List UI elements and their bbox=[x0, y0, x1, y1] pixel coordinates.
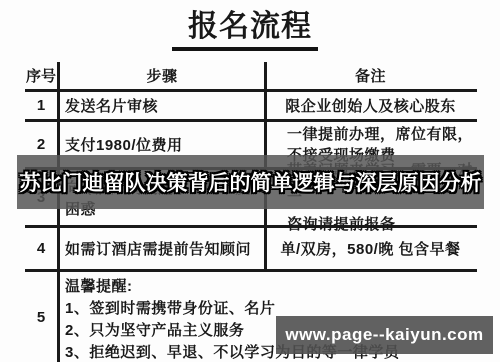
table-header-row: 序号 步骤 备注 bbox=[25, 62, 477, 92]
watermark-box: www.page--kaiyun.com bbox=[276, 316, 493, 354]
note-line: 一律提前办理，席位有限， bbox=[287, 124, 473, 145]
tips-title: 温馨提醒: bbox=[65, 276, 477, 298]
registration-flow-page: 报名流程 序号 步骤 备注 1 发送名片审核 限企业创始人及核心股东 2 支付1… bbox=[0, 0, 500, 362]
table-row: 4 如需订酒店需提前告知顾问 单/双房，580/晚 包含早餐 bbox=[25, 228, 477, 272]
row-number: 5 bbox=[25, 272, 60, 362]
headline-overlay-band: 苏比门迪留队决策背后的简单逻辑与深层原因分析 bbox=[17, 155, 484, 209]
header-no: 序号 bbox=[25, 62, 60, 89]
title-underline bbox=[172, 47, 318, 51]
note-cell: 单/双房，580/晚 包含早餐 bbox=[267, 228, 474, 269]
watermark-url: www.page--kaiyun.com bbox=[285, 325, 483, 345]
row-number: 1 bbox=[25, 92, 60, 119]
step-cell: 如需订酒店需提前告知顾问 bbox=[60, 228, 267, 269]
note-cell: 限企业创始人及核心股东 bbox=[267, 92, 474, 119]
header-step: 步骤 bbox=[60, 62, 267, 89]
page-title: 报名流程 bbox=[0, 6, 500, 48]
header-note: 备注 bbox=[267, 62, 474, 89]
table-row: 1 发送名片审核 限企业创始人及核心股东 bbox=[25, 92, 477, 122]
row-number: 4 bbox=[25, 228, 60, 269]
step-cell: 发送名片审核 bbox=[60, 92, 267, 119]
headline-text: 苏比门迪留队决策背后的简单逻辑与深层原因分析 bbox=[20, 167, 482, 197]
